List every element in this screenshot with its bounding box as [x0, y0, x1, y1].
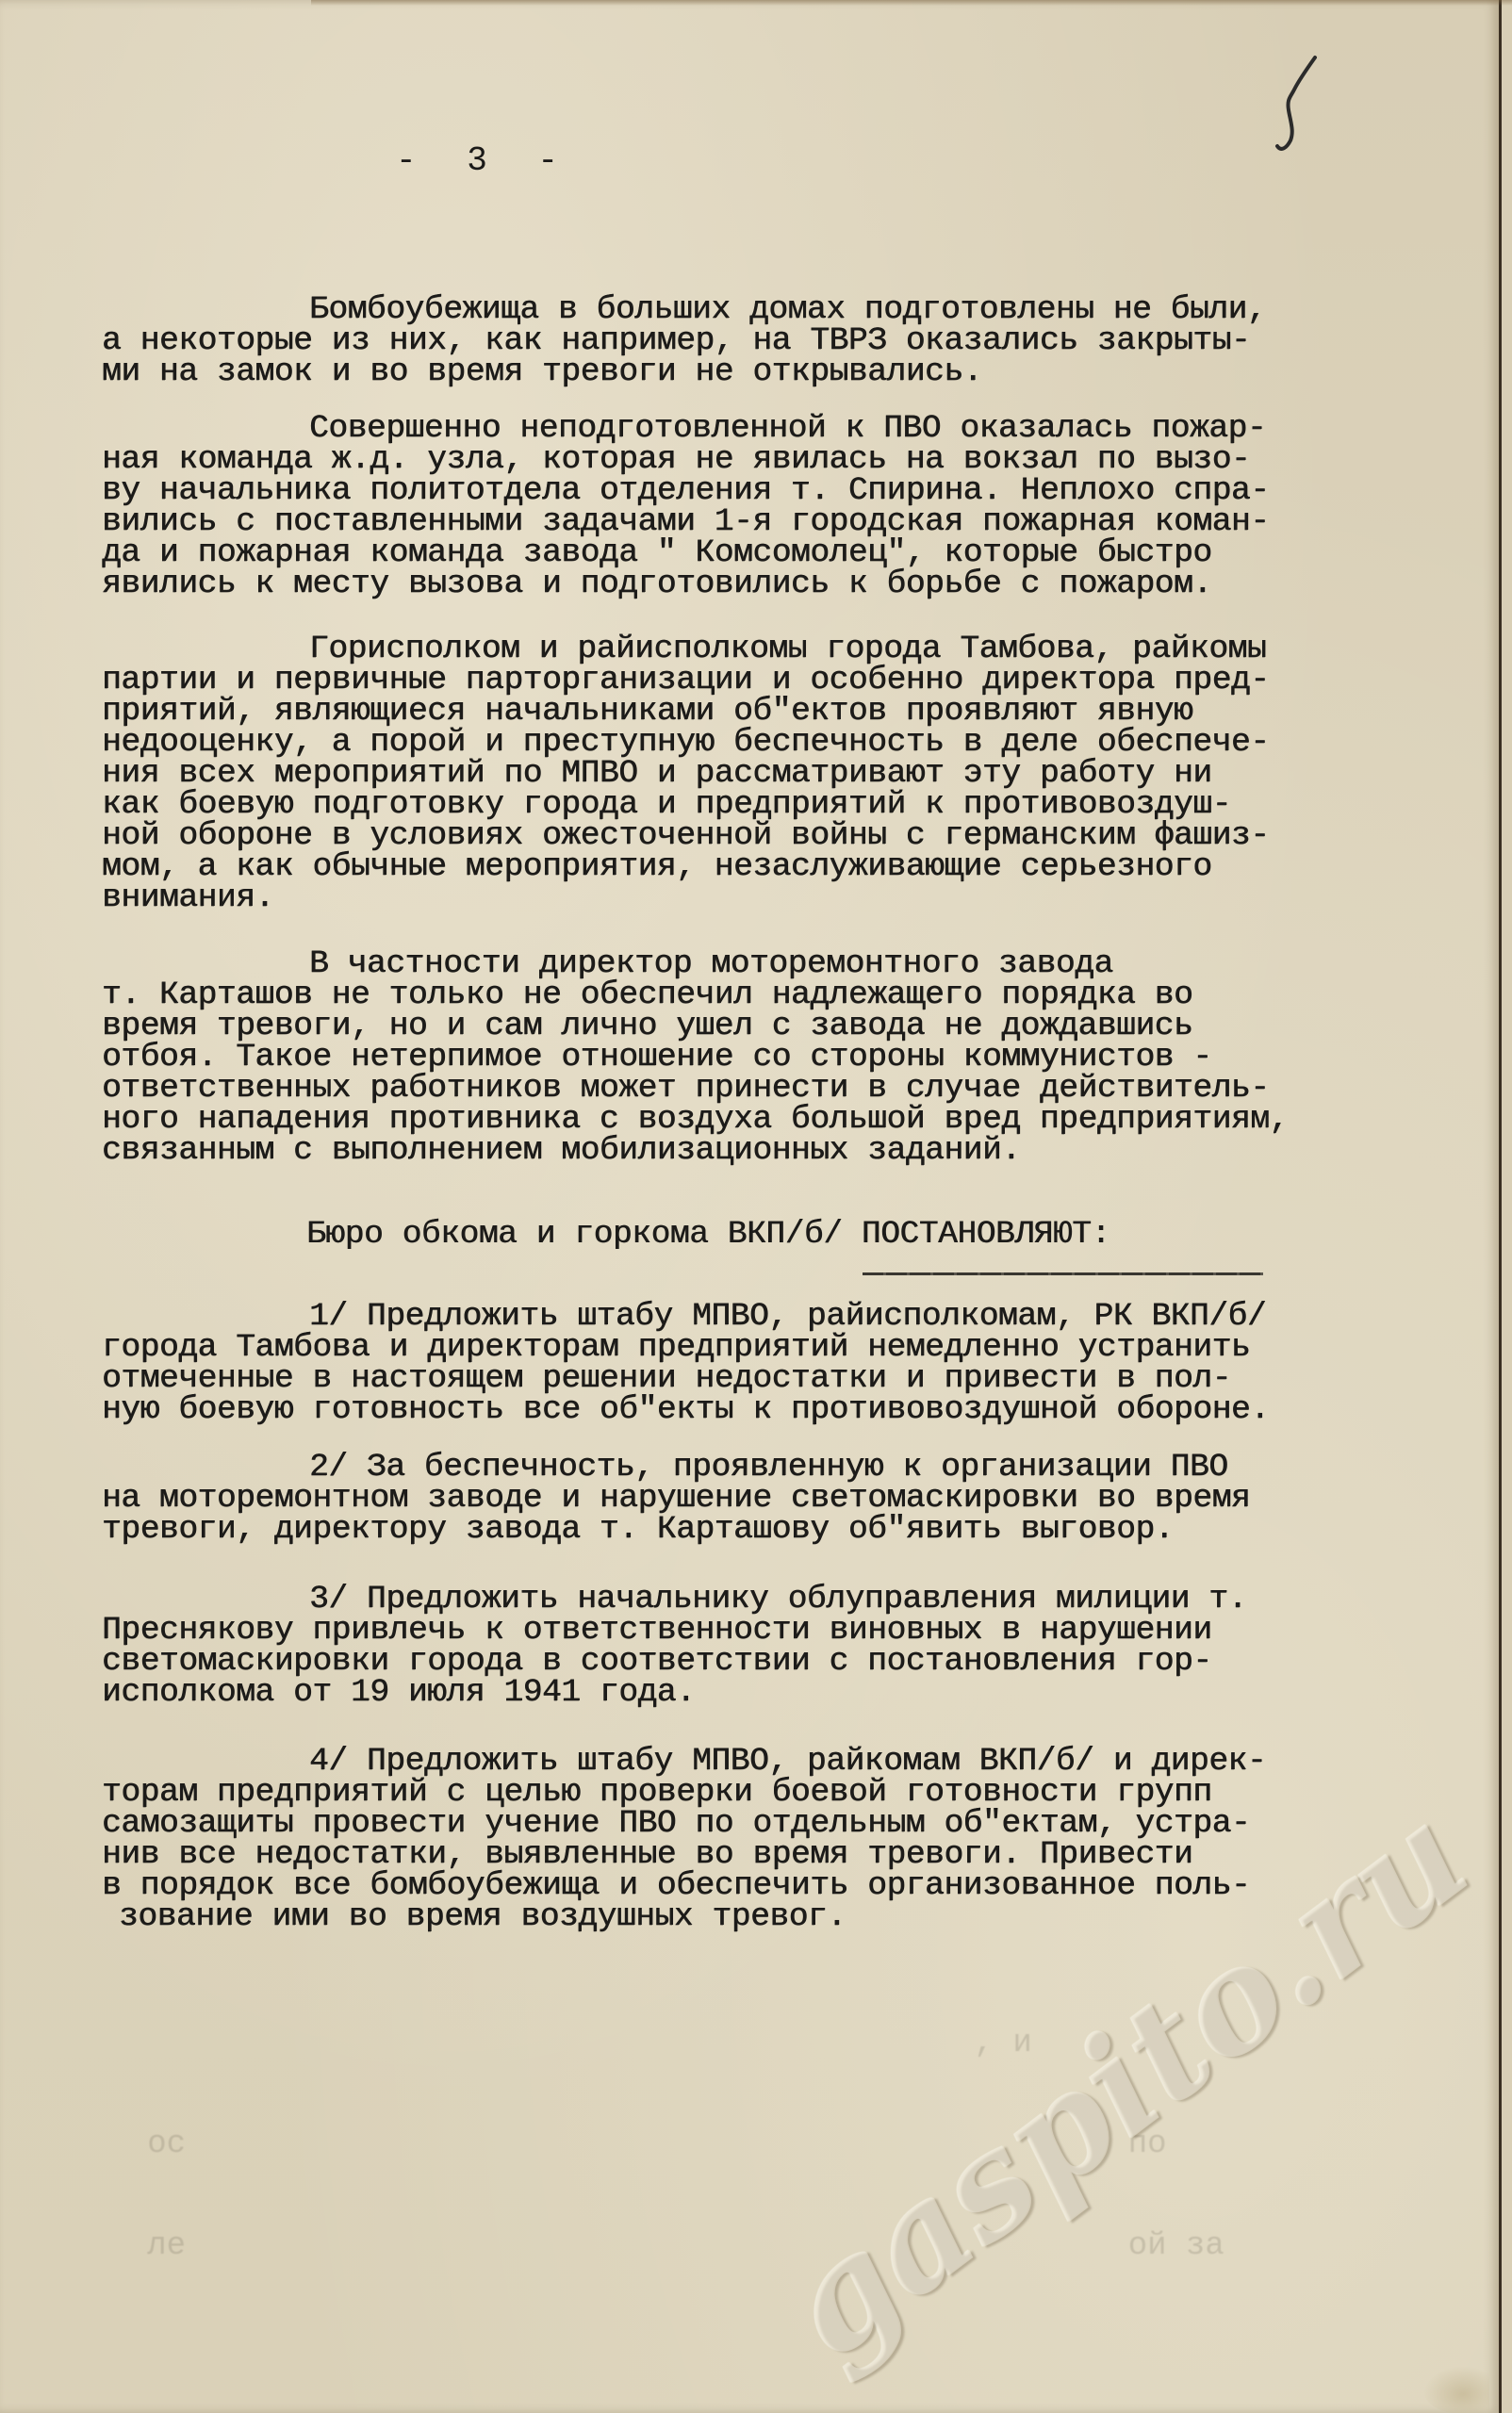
- text-line: ния всех мероприятий по МПВО и рассматри…: [102, 758, 1497, 784]
- text-line: ная команда ж.д. узла, которая не явилас…: [102, 444, 1497, 470]
- text-line: 3/ Предложить начальнику облуправления м…: [102, 1584, 1497, 1610]
- text-line: 1/ Предложить штабу МПВО, райисполкомам,…: [102, 1301, 1497, 1327]
- text-line: города Тамбова и директорам предприятий …: [102, 1332, 1497, 1358]
- text-line: ответственных работников может принести …: [102, 1073, 1497, 1099]
- text-line: приятий, являющиеся начальниками об"екто…: [102, 696, 1497, 722]
- text-line: 4/ Предложить штабу МПВО, райкомам ВКП/б…: [102, 1746, 1497, 1772]
- text-line: Преснякову привлечь к ответственности ви…: [102, 1615, 1497, 1641]
- text-line: ми на замок и во время тревоги не открыв…: [102, 356, 1497, 383]
- text-line: В частности директор моторемонтного заво…: [102, 948, 1497, 975]
- text-line: ву начальника политотдела отделения т. С…: [102, 475, 1497, 501]
- text-line: отбоя. Такое нетерпимое отношение со сто…: [102, 1042, 1497, 1068]
- text-line: т. Карташов не только не обеспечил надле…: [102, 979, 1497, 1006]
- text-line: партии и первичные парторганизации и осо…: [102, 665, 1497, 691]
- text-line: время тревоги, но и сам лично ушел с зав…: [102, 1010, 1497, 1037]
- text-line: Совершенно неподготовленной к ПВО оказал…: [102, 413, 1497, 439]
- text-line: связанным с выполнением мобилизационных …: [102, 1135, 1497, 1161]
- text-line: Бомбоубежища в больших домах подготовлен…: [102, 294, 1497, 320]
- heading-underline: [863, 1272, 1263, 1275]
- resolution-3: 3/ Предложить начальнику облуправления м…: [102, 1584, 1497, 1708]
- resolution-1: 1/ Предложить штабу МПВО, райисполкомам,…: [102, 1301, 1497, 1425]
- text-line: да и пожарная команда завода " Комсомоле…: [102, 537, 1497, 564]
- text-line: ной обороне в условиях ожесточенной войн…: [102, 820, 1497, 846]
- text-line: отмеченные в настоящем решении недостатк…: [102, 1363, 1497, 1389]
- paragraph-3: Горисполком и райисполкомы города Тамбов…: [102, 633, 1497, 913]
- resolution-heading: Бюро обкома и горкома ВКП/б/ ПОСТАНОВЛЯЮ…: [306, 1216, 1110, 1253]
- text-line: вились с поставленными задачами 1-я горо…: [102, 506, 1497, 533]
- paragraph-2: Совершенно неподготовленной к ПВО оказал…: [102, 413, 1497, 599]
- text-line: самозащиты провести учение ПВО по отдель…: [102, 1808, 1497, 1834]
- page-number: - 3 -: [396, 141, 560, 180]
- text-line: тревоги, директору завода т. Карташову о…: [102, 1514, 1497, 1540]
- text-line: явились к месту вызова и подготовились к…: [102, 568, 1497, 595]
- text-line: мом, а как обычные мероприятия, незаслуж…: [102, 851, 1497, 878]
- text-line: а некоторые из них, как например, на ТВР…: [102, 325, 1497, 352]
- text-line: как боевую подготовку города и предприят…: [102, 789, 1497, 815]
- text-line: исполкома от 19 июля 1941 года.: [102, 1677, 1497, 1703]
- text-line: Горисполком и райисполкомы города Тамбов…: [102, 633, 1497, 660]
- paragraph-1: Бомбоубежища в больших домах подготовлен…: [102, 294, 1497, 387]
- paper-corner-damage: [1423, 2366, 1489, 2413]
- handwritten-folio-number: [1249, 52, 1324, 156]
- document-page: - 3 - Бомбоубежища в больших домах подго…: [0, 0, 1502, 2413]
- text-line: ного нападения противника с воздуха боль…: [102, 1104, 1497, 1130]
- text-line: торам предприятий с целью проверки боево…: [102, 1777, 1497, 1803]
- text-line: ную боевую готовность все об"екты к прот…: [102, 1394, 1497, 1420]
- paragraph-4: В частности директор моторемонтного заво…: [102, 948, 1497, 1166]
- resolution-2: 2/ За беспечность, проявленную к организ…: [102, 1452, 1497, 1545]
- text-line: 2/ За беспечность, проявленную к организ…: [102, 1452, 1497, 1478]
- page-edge: [311, 0, 1512, 6]
- text-line: недооценку, а порой и преступную беспечн…: [102, 727, 1497, 753]
- text-line: на моторемонтном заводе и нарушение свет…: [102, 1483, 1497, 1509]
- text-line: внимания.: [102, 882, 1497, 909]
- text-line: светомаскировки города в соответствии с …: [102, 1646, 1497, 1672]
